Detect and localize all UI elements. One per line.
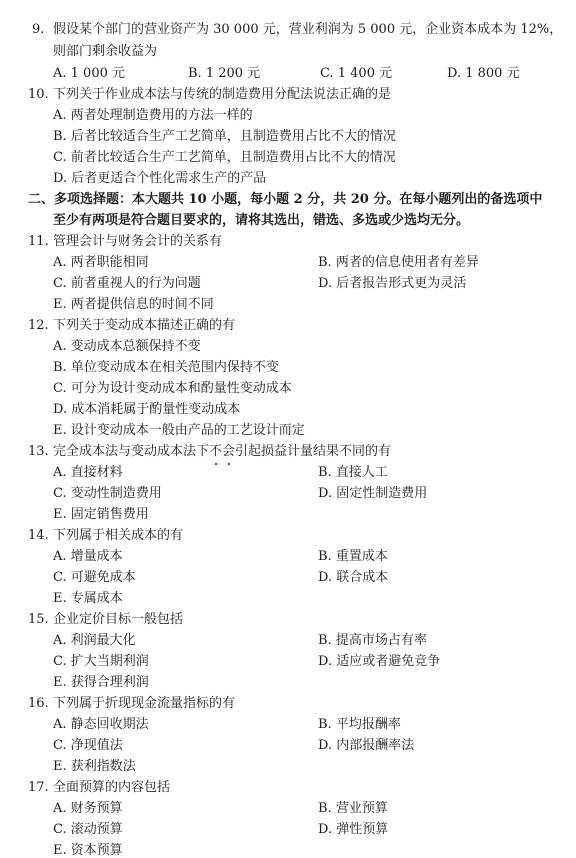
question-stem: 下列属于相关成本的有 (53, 528, 183, 544)
question-stem: 全面预算的内容包括 (53, 780, 170, 796)
question-stem: 企业定价目标一般包括 (53, 612, 183, 628)
option-b: B. 营业预算 (318, 801, 388, 817)
option-d: D. 适应或者避免竞争 (318, 654, 440, 670)
option-e: E. 专属成本 (53, 591, 123, 607)
option-c: C. 净现值法 (53, 738, 123, 754)
option-b: B. 两者的信息使用者有差异 (318, 255, 479, 271)
question-stem: 下列属于折现现金流量指标的有 (53, 696, 235, 712)
option-a: A. 静态回收期法 (53, 717, 149, 733)
option-e: E. 获得合理利润 (53, 675, 149, 691)
option-a: A. 增量成本 (53, 549, 123, 565)
option-b: B. 1 200 元 (188, 66, 260, 82)
question-number: 17. (28, 780, 49, 796)
option-d: D. 后者报告形式更为灵活 (318, 276, 466, 292)
question-stem-cont: 则部门剩余收益为 (53, 44, 157, 60)
option-d: D. 弹性预算 (318, 822, 388, 838)
question-number: 11. (28, 234, 49, 250)
option-b: B. 提高市场占有率 (318, 633, 427, 649)
option-c: C. 前者重视人的行为问题 (53, 276, 201, 292)
exam-page: 9. 假设某个部门的营业资产为 30 000 元，营业利润为 5 000 元，企… (0, 0, 576, 858)
option-b: B. 直接人工 (318, 465, 388, 481)
option-a: A. 1 000 元 (53, 66, 125, 82)
emphasis-char: 不 (209, 444, 222, 460)
option-d: D. 后者更适合个性化需求生产的产品 (53, 171, 266, 187)
option-a: A. 利润最大化 (53, 633, 136, 649)
stem-part: 完全成本法与变动成本法下 (53, 444, 209, 459)
option-d: D. 内部报酬率法 (318, 738, 414, 754)
option-b: B. 平均报酬率 (318, 717, 401, 733)
option-e: E. 固定销售费用 (53, 507, 149, 523)
question-stem: 假设某个部门的营业资产为 30 000 元，营业利润为 5 000 元，企业资本… (53, 22, 562, 38)
option-c: C. 可避免成本 (53, 570, 136, 586)
option-e: E. 两者提供信息的时间不同 (53, 297, 214, 313)
option-c: C. 扩大当期利润 (53, 654, 149, 670)
question-number: 16. (28, 696, 49, 712)
option-a: A. 财务预算 (53, 801, 123, 817)
option-c: C. 1 400 元 (320, 66, 392, 82)
question-number: 12. (28, 318, 49, 334)
emphasis-char: 会 (222, 444, 235, 460)
option-d: D. 成本消耗属于酌量性变动成本 (53, 402, 240, 418)
option-e: E. 获利指数法 (53, 759, 136, 775)
question-stem: 下列关于变动成本描述正确的有 (53, 318, 235, 334)
option-c: C. 滚动预算 (53, 822, 123, 838)
option-a: A. 两者职能相同 (53, 255, 149, 271)
question-stem: 管理会计与财务会计的关系有 (53, 234, 222, 250)
stem-part: 引起损益计量结果不同的有 (235, 444, 391, 459)
question-number: 15. (28, 612, 49, 628)
question-number: 13. (28, 444, 49, 460)
option-d: D. 联合成本 (318, 570, 388, 586)
option-c: C. 变动性制造费用 (53, 486, 162, 502)
section-heading: 二、多项选择题：本大题共 10 小题，每小题 2 分，共 20 分。在每小题列出… (28, 192, 542, 208)
question-number: 10. (28, 87, 49, 103)
option-b: B. 重置成本 (318, 549, 388, 565)
question-stem: 下列关于作业成本法与传统的制造费用分配法说法正确的是 (53, 87, 391, 103)
option-a: A. 变动成本总额保持不变 (53, 339, 201, 355)
question-number: 9. (32, 22, 44, 38)
option-d: D. 1 800 元 (447, 66, 520, 82)
option-c: C. 前者比较适合生产工艺简单，且制造费用占比不大的情况 (53, 150, 396, 166)
option-e: E. 设计变动成本一般由产品的工艺设计而定 (53, 423, 305, 439)
option-e: E. 资本预算 (53, 843, 123, 858)
option-b: B. 后者比较适合生产工艺简单，且制造费用占比不大的情况 (53, 129, 396, 145)
section-instructions: 至少有两项是符合题目要求的，请将其选出，错选、多选或少选均无分。 (53, 213, 469, 229)
option-a: A. 直接材料 (53, 465, 123, 481)
option-b: B. 单位变动成本在相关范围内保持不变 (53, 360, 279, 376)
option-c: C. 可分为设计变动成本和酌量性变动成本 (53, 381, 292, 397)
question-number: 14. (28, 528, 49, 544)
option-a: A. 两者处理制造费用的方法一样的 (53, 108, 253, 124)
option-d: D. 固定性制造费用 (318, 486, 427, 502)
question-stem: 完全成本法与变动成本法下不会引起损益计量结果不同的有 (53, 444, 391, 460)
